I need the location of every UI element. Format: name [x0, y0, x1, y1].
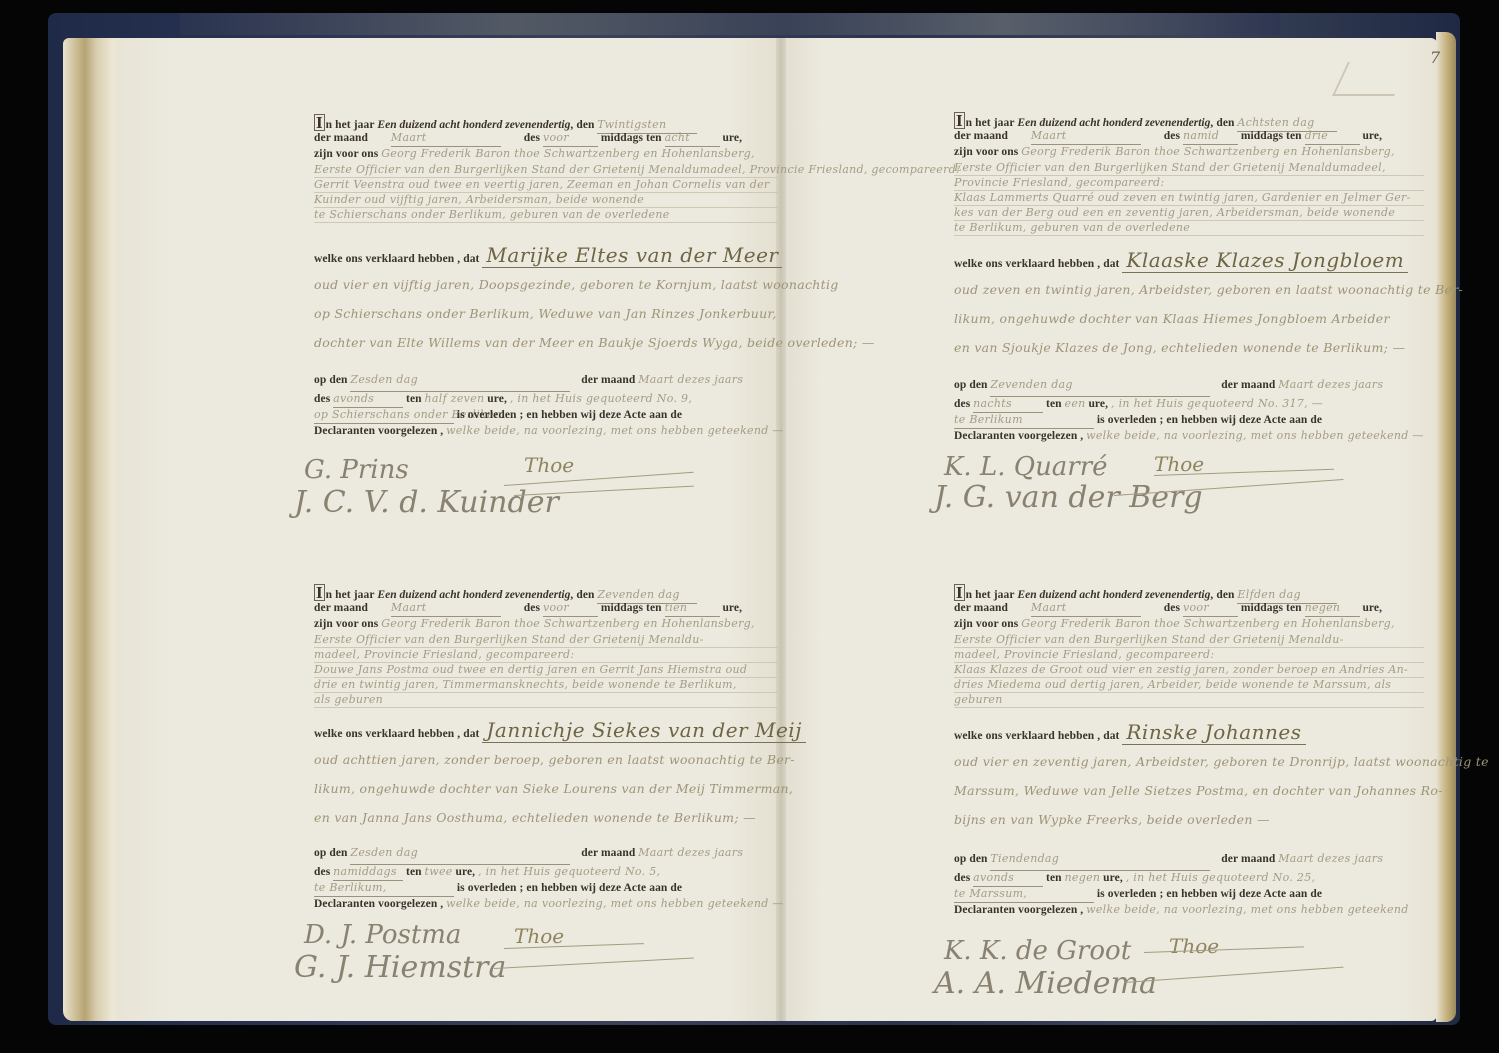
death-record-entry-4: In het jaar Een duizend acht honderd zev…: [954, 584, 1424, 1014]
deceased-name: Rinske Johannes: [1122, 720, 1305, 745]
witnesses-block: Eerste Officier van den Burgerlijken Sta…: [954, 160, 1424, 235]
death-time-of-day: namiddags: [333, 864, 403, 881]
death-hour: half zeven: [425, 392, 485, 405]
death-location: te Marssum,: [954, 886, 1094, 903]
deceased-details: oud zeven en twintig jaren, Arbeidster, …: [954, 275, 1424, 362]
death-time-of-day: avonds: [973, 870, 1043, 887]
official-signature: Thoe: [1154, 452, 1204, 476]
death-day: Tiendendag: [990, 848, 1210, 871]
decorative-initial: I: [954, 584, 965, 601]
deceased-name: Marijke Eltes van der Meer: [482, 243, 782, 268]
decorative-initial: I: [314, 584, 325, 601]
house-number: , in het Huis gequoteerd No. 25,: [1126, 871, 1316, 884]
death-hour: een: [1065, 397, 1086, 410]
signature-flourish: [1144, 946, 1304, 953]
witnesses-block: Eerste Officier van den Burgerlijken Sta…: [314, 632, 784, 707]
closing-text: welke beide, na voorlezing, met ons hebb…: [1086, 903, 1408, 916]
deceased-name: Jannichje Siekes van der Meij: [482, 718, 806, 743]
witness-signature: J. C. V. d. Kuinder: [294, 485, 559, 520]
record-hour: negen: [1305, 600, 1360, 617]
death-time-of-day: nachts: [973, 396, 1043, 413]
death-day: Zevenden dag: [990, 374, 1210, 397]
signatures-block: D. J. Postma G. J. Hiemstra Thoe: [314, 918, 784, 1008]
house-number: , in het Huis gequoteerd No. 5,: [478, 865, 660, 878]
deceased-details: oud vier en vijftig jaren, Doopsgezinde,…: [314, 270, 784, 357]
deceased-details: oud achttien jaren, zonder beroep, gebor…: [314, 745, 784, 832]
deceased-details: oud vier en zeventig jaren, Arbeidster, …: [954, 747, 1424, 834]
official-signature: Thoe: [1169, 934, 1219, 958]
death-day: Zesden dag: [350, 842, 570, 865]
death-location: te Berlikum,: [314, 880, 454, 897]
closing-text: welke beide, na voorlezing, met ons hebb…: [446, 424, 784, 437]
record-hour: acht: [665, 130, 720, 147]
death-location: op Schierschans onder Berlikum: [314, 407, 454, 424]
page-edges-left: [63, 38, 125, 1021]
witness-signature: J. G. van der Berg: [934, 480, 1203, 515]
signature-flourish: [494, 958, 694, 969]
record-hour: drie: [1305, 128, 1360, 145]
record-time-of-day: voor: [1183, 600, 1238, 617]
witness-signature: A. A. Miedema: [934, 966, 1157, 1001]
death-record-entry-1: In het jaar Een duizend acht honderd zev…: [314, 114, 784, 535]
record-time-of-day: voor: [543, 130, 598, 147]
death-month: Maart dezes jaars: [638, 846, 743, 859]
record-month: Maart: [1031, 128, 1141, 145]
death-month: Maart dezes jaars: [1278, 378, 1383, 391]
death-month: Maart dezes jaars: [1278, 852, 1383, 865]
record-month: Maart: [391, 130, 501, 147]
witness-signature: G. J. Hiemstra: [294, 950, 506, 985]
death-location: te Berlikum: [954, 412, 1094, 429]
official-signature: Thoe: [514, 924, 564, 948]
page-edges-right: [1436, 32, 1456, 1022]
witness-signature: K. L. Quarré: [944, 452, 1108, 482]
closing-text: welke beide, na voorlezing, met ons hebb…: [446, 897, 784, 910]
death-month: Maart dezes jaars: [638, 373, 743, 386]
death-hour: negen: [1065, 871, 1101, 884]
official-line: Georg Frederik Baron thoe Schwartzenberg…: [1021, 145, 1395, 158]
official-line: Georg Frederik Baron thoe Schwartzenberg…: [381, 617, 755, 630]
official-line: Georg Frederik Baron thoe Schwartzenberg…: [381, 147, 755, 160]
record-time-of-day: voor: [543, 600, 598, 617]
witnesses-block: Eerste Officier van den Burgerlijken Sta…: [954, 632, 1424, 707]
official-signature: Thoe: [524, 453, 574, 477]
record-month: Maart: [391, 600, 501, 617]
decorative-initial: I: [314, 114, 325, 131]
house-number: , in het Huis gequoteerd No. 317, —: [1111, 397, 1323, 410]
signatures-block: G. Prins J. C. V. d. Kuinder Thoe: [314, 445, 784, 535]
book-cover-marbling: [180, 13, 1280, 35]
decorative-initial: I: [954, 112, 965, 129]
death-day: Zesden dag: [350, 369, 570, 392]
witness-signature: G. Prins: [304, 455, 409, 485]
death-record-entry-3: In het jaar Een duizend acht honderd zev…: [314, 584, 784, 1008]
witness-signature: D. J. Postma: [304, 920, 461, 950]
house-number: , in het Huis gequoteerd No. 9,: [510, 392, 692, 405]
witnesses-block: Eerste Officier van den Burgerlijken Sta…: [314, 162, 784, 222]
death-hour: twee: [425, 865, 453, 878]
closing-text: welke beide, na voorlezing, met ons hebb…: [1086, 429, 1424, 442]
signatures-block: K. K. de Groot A. A. Miedema Thoe: [954, 924, 1424, 1014]
official-line: Georg Frederik Baron thoe Schwartzenberg…: [1021, 617, 1395, 630]
page-number: 7: [1430, 48, 1440, 67]
record-hour: tien: [665, 600, 720, 617]
death-time-of-day: avonds: [333, 391, 403, 408]
record-month: Maart: [1031, 600, 1141, 617]
deceased-name: Klaaske Klazes Jongbloem: [1122, 248, 1408, 273]
signatures-block: K. L. Quarré J. G. van der Berg Thoe: [954, 450, 1424, 540]
witness-signature: K. K. de Groot: [944, 936, 1131, 966]
record-time-of-day: namid: [1183, 128, 1238, 145]
death-record-entry-2: In het jaar Een duizend acht honderd zev…: [954, 112, 1424, 540]
